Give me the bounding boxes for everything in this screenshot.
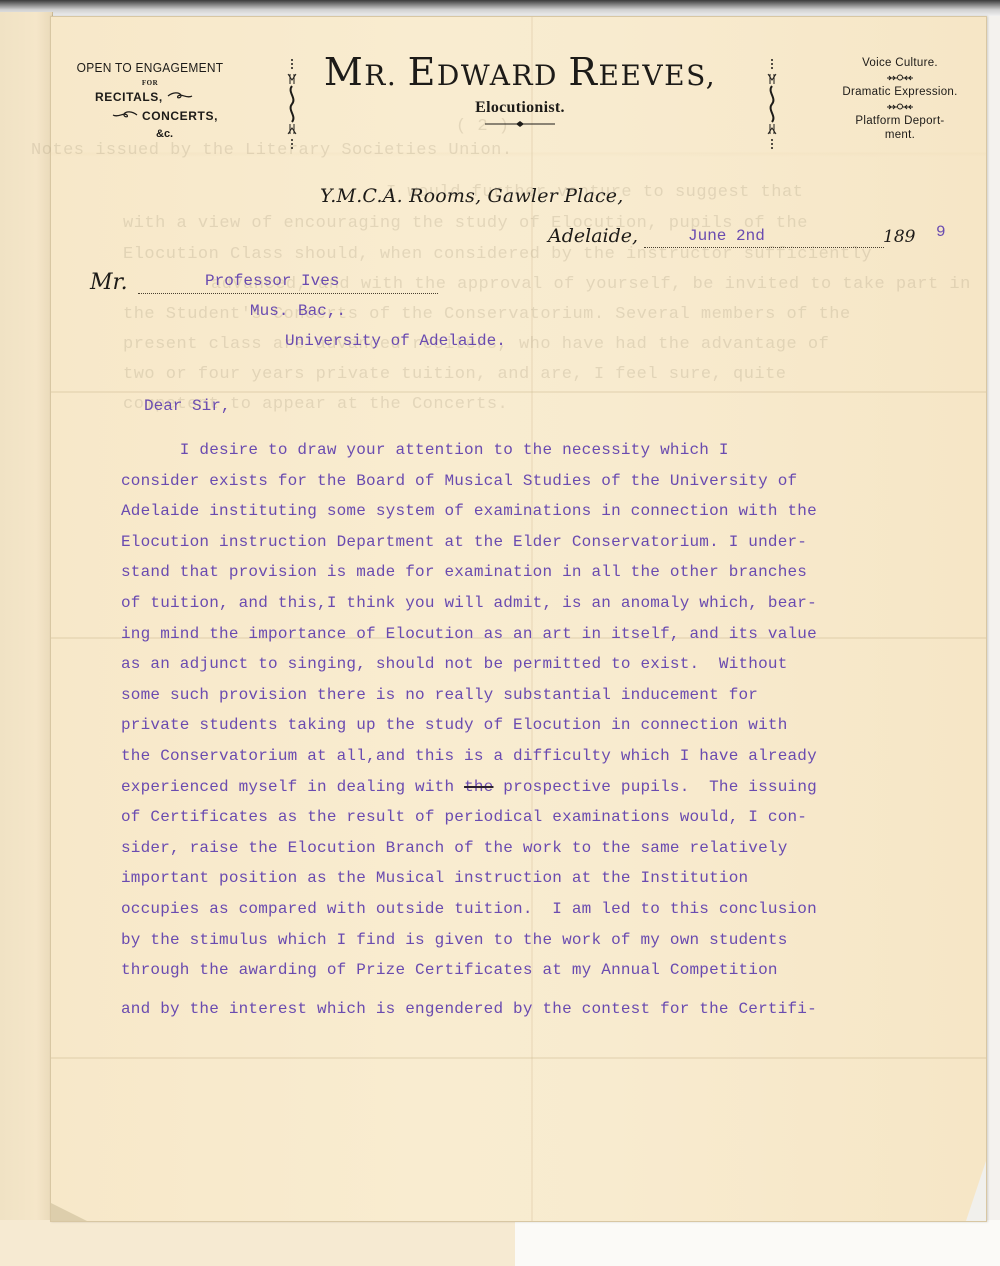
dotted-rule xyxy=(138,293,438,294)
body-line: private students taking up the study of … xyxy=(121,710,981,741)
letterhead-name-block: MR. EDWARD REEVES, Elocutionist. xyxy=(300,52,740,127)
body-line: I desire to draw your attention to the n… xyxy=(121,435,981,466)
recipient-institution: University of Adelaide. xyxy=(285,332,506,350)
service-platform-deportment-cont: ment. xyxy=(820,128,980,142)
salutation-prefix: Mr. xyxy=(90,270,128,295)
service-voice-culture: Voice Culture. xyxy=(820,56,980,70)
scanner-background xyxy=(515,1220,1000,1266)
leaf-ornament-icon xyxy=(885,102,915,111)
body-line: Adelaide instituting some system of exam… xyxy=(121,496,981,527)
sender-address: Y.M.C.A. Rooms, Gawler Place, xyxy=(320,185,623,207)
swash-ornament-icon xyxy=(167,91,193,101)
scanner-edge xyxy=(0,0,1000,16)
recipient-name: Professor Ives xyxy=(205,272,339,290)
service-dramatic-expression: Dramatic Expression. xyxy=(820,85,980,99)
bleed-through-line: Notes issued by the Literary Societies U… xyxy=(31,141,513,160)
diamond-rule-icon xyxy=(485,121,555,127)
year-typed-digit: 9 xyxy=(936,223,946,241)
recipient-degree: Mus. Bac,. xyxy=(250,302,346,320)
body-line: consider exists for the Board of Musical… xyxy=(121,466,981,497)
for-label: FOR xyxy=(50,79,250,87)
open-to-engagement: OPEN TO ENGAGEMENT xyxy=(58,60,242,75)
recitals-label: RECITALS, xyxy=(50,90,250,104)
date-line: Adelaide, June 2nd 189 9 xyxy=(548,225,988,253)
leaf-ornament-icon xyxy=(885,73,915,82)
body-line: important position as the Musical instru… xyxy=(121,863,981,894)
body-line: and by the interest which is engendered … xyxy=(121,994,981,1025)
body-line: of tuition, and this,I think you will ad… xyxy=(121,588,981,619)
year-printed-prefix: 189 xyxy=(883,227,915,247)
body-line: some such provision there is no really s… xyxy=(121,680,981,711)
bleed-through-line: two or four years private tuition, and a… xyxy=(123,365,787,384)
body-line-with-correction: experienced myself in dealing with the p… xyxy=(121,772,981,803)
concerts-label: CONCERTS, xyxy=(50,109,250,123)
underlying-sheet-left xyxy=(0,12,53,1266)
underlying-sheet-bottom xyxy=(0,1220,516,1266)
letter-date: June 2nd xyxy=(688,227,765,245)
swash-ornament-icon xyxy=(112,110,138,120)
etc-label: &c. xyxy=(50,128,250,140)
letter-body: I desire to draw your attention to the n… xyxy=(121,435,981,1024)
page-corner-curl xyxy=(966,1161,986,1221)
body-line: through the awarding of Prize Certificat… xyxy=(121,955,981,986)
body-line: Elocution instruction Department at the … xyxy=(121,527,981,558)
bleed-through-line: the Student's Concerts of the Conservato… xyxy=(123,305,851,324)
letterhead-profession: Elocutionist. xyxy=(300,99,740,117)
body-line: occupies as compared with outside tuitio… xyxy=(121,894,981,925)
body-line: ing mind the importance of Elocution as … xyxy=(121,619,981,650)
body-line: of Certificates as the result of periodi… xyxy=(121,802,981,833)
page-corner-curl xyxy=(51,1203,87,1221)
letterhead-engagements: OPEN TO ENGAGEMENT FOR RECITALS, CONCERT… xyxy=(50,60,250,140)
fold-line xyxy=(51,1057,986,1059)
body-line: by the stimulus which I find is given to… xyxy=(121,925,981,956)
body-line: stand that provision is made for examina… xyxy=(121,557,981,588)
vertical-ornament-icon xyxy=(286,58,298,150)
service-platform-deportment: Platform Deport- xyxy=(820,114,980,128)
struck-word: the xyxy=(464,778,493,796)
body-line: as an adjunct to singing, should not be … xyxy=(121,649,981,680)
dotted-rule xyxy=(644,247,884,248)
greeting: Dear Sir, xyxy=(144,397,230,415)
body-line: the Conservatorium at all,and this is a … xyxy=(121,741,981,772)
letterhead-name: MR. EDWARD REEVES, xyxy=(300,52,740,96)
body-line: sider, raise the Elocution Branch of the… xyxy=(121,833,981,864)
letterhead-services: Voice Culture. Dramatic Expression. Plat… xyxy=(820,56,980,142)
place-label: Adelaide, xyxy=(548,225,638,247)
vertical-ornament-icon xyxy=(766,58,778,150)
fold-line xyxy=(51,391,986,393)
